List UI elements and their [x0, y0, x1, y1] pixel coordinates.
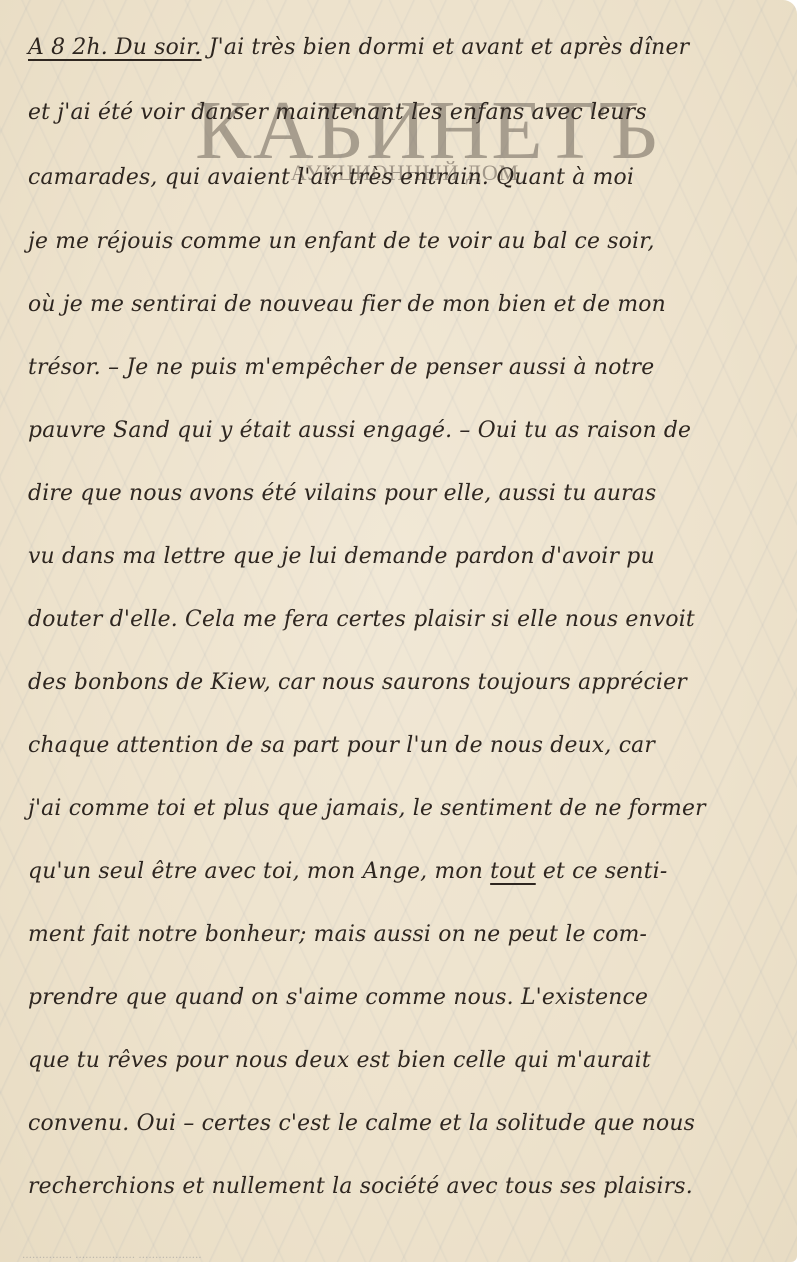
letter-line-11: des bonbons de Kiew, car nous saurons to… [28, 663, 783, 703]
letter-line-2: et j'ai été voir danser maintenant les e… [28, 93, 783, 133]
underlined-word: tout [490, 859, 536, 884]
letter-line-13: j'ai comme toi et plus que jamais, le se… [28, 789, 783, 829]
letter-line-19: recherchions et nullement la société ave… [28, 1167, 783, 1207]
letter-line-9: vu dans ma lettre que je lui demande par… [28, 537, 783, 577]
letter-line-8: dire que nous avons été vilains pour ell… [28, 474, 783, 514]
letter-line-12: chaque attention de sa part pour l'un de… [28, 726, 783, 766]
letter-line-16: prendre que quand on s'aime comme nous. … [28, 978, 783, 1018]
letter-line-15: ment fait notre bonheur; mais aussi on n… [28, 915, 783, 955]
letter-line-17: que tu rêves pour nous deux est bien cel… [28, 1041, 783, 1081]
letter-line-5: où je me sentirai de nouveau fier de mon… [28, 285, 783, 325]
letter-line-3: camarades, qui avaient l'air très entrai… [28, 158, 783, 198]
letter-line-18: convenu. Oui – certes c'est le calme et … [28, 1104, 783, 1144]
letter-line-4: je me réjouis comme un enfant de te voir… [28, 222, 783, 262]
letter-line-1: A 8 2h. Du soir. J'ai très bien dormi et… [28, 28, 783, 68]
faint-footer-note: …………… ……………… ………………. [22, 1250, 202, 1261]
letter-line-6: trésor. – Je ne puis m'empêcher de pense… [28, 348, 783, 388]
letter-line-14: qu'un seul être avec toi, mon Ange, mon … [28, 852, 783, 892]
letter-line-10: douter d'elle. Cela me fera certes plais… [28, 600, 783, 640]
letter-page: КАБИНЕТЪ АУКЦИОННЫЙ ДОМ A 8 2h. Du soir.… [0, 0, 797, 1262]
letter-line-7: pauvre Sand qui y était aussi engagé. – … [28, 411, 783, 451]
letter-heading: A 8 2h. Du soir. [28, 35, 202, 60]
